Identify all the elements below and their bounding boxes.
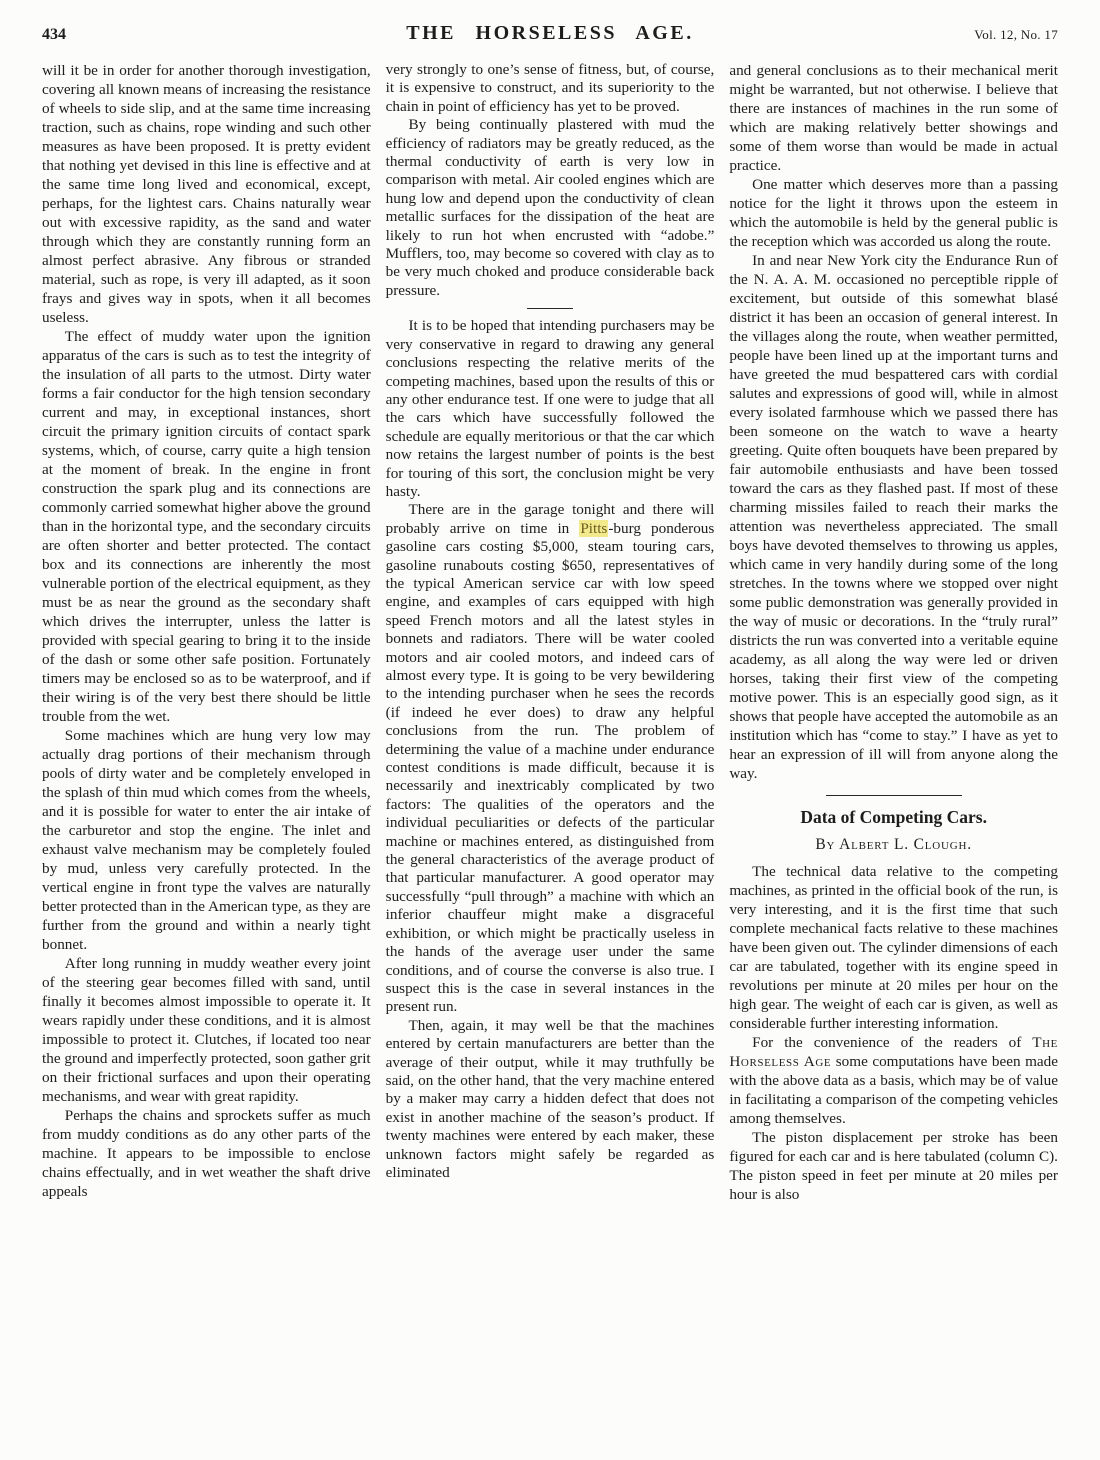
paragraph: For the convenience of the readers of Th… bbox=[729, 1033, 1058, 1128]
paragraph: The effect of muddy water upon the ignit… bbox=[42, 327, 371, 726]
paragraph: In and near New York city the Endurance … bbox=[729, 251, 1058, 783]
left-column: will it be in order for another thorough… bbox=[42, 61, 371, 1204]
paragraph: One matter which deserves more than a pa… bbox=[729, 175, 1058, 251]
magazine-title: THE HORSELESS AGE. bbox=[406, 22, 693, 45]
article-columns: will it be in order for another thorough… bbox=[42, 61, 1058, 1204]
paragraph: Some machines which are hung very low ma… bbox=[42, 726, 371, 954]
article-title: Data of Competing Cars. bbox=[729, 806, 1058, 828]
paragraph: The technical data relative to the compe… bbox=[729, 862, 1058, 1033]
page-number: 434 bbox=[42, 26, 66, 44]
page-header: 434 THE HORSELESS AGE. Vol. 12, No. 17 bbox=[42, 22, 1058, 45]
paragraph: By being continually plastered with mud … bbox=[386, 116, 715, 300]
section-divider bbox=[826, 795, 962, 796]
paragraph-text: For the convenience of the readers of bbox=[752, 1034, 1032, 1051]
paragraph: very strongly to one’s sense of fitness,… bbox=[386, 61, 715, 116]
highlighted-word: Pitts bbox=[579, 520, 608, 537]
right-column: and general conclusions as to their mech… bbox=[729, 61, 1058, 1204]
paragraph: It is to be hoped that intending purchas… bbox=[386, 317, 715, 501]
paragraph-text: -burg ponderous gasoline cars costing $5… bbox=[386, 520, 715, 1016]
paragraph: Then, again, it may well be that the mac… bbox=[386, 1017, 715, 1183]
paragraph: After long running in muddy weather ever… bbox=[42, 954, 371, 1106]
magazine-page: 434 THE HORSELESS AGE. Vol. 12, No. 17 w… bbox=[0, 0, 1100, 1460]
paragraph: Perhaps the chains and sprockets suffer … bbox=[42, 1106, 371, 1201]
middle-column: very strongly to one’s sense of fitness,… bbox=[386, 61, 715, 1204]
volume-issue: Vol. 12, No. 17 bbox=[974, 27, 1058, 43]
paragraph: The piston displacement per stroke has b… bbox=[729, 1128, 1058, 1204]
article-byline: By Albert L. Clough. bbox=[729, 835, 1058, 854]
paragraph: and general conclusions as to their mech… bbox=[729, 61, 1058, 175]
paragraph: There are in the garage tonight and ther… bbox=[386, 501, 715, 1016]
paragraph: will it be in order for another thorough… bbox=[42, 61, 371, 327]
section-divider bbox=[527, 308, 573, 309]
